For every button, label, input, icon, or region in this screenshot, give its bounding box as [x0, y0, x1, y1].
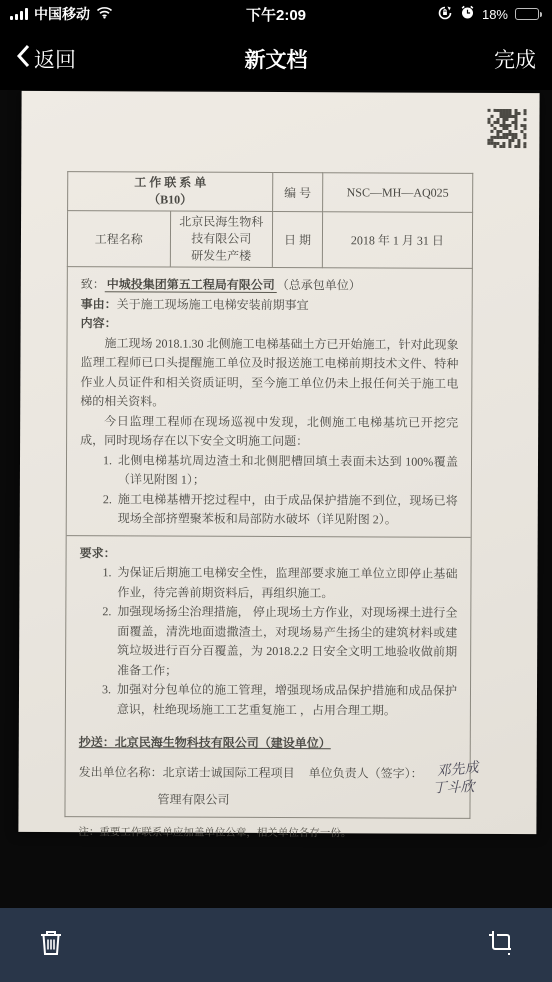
requirements-section: 要求： 1. 为保证后期施工电梯安全性，监理部要求施工单位立即停止基础作业，待完… [65, 535, 470, 818]
list-item: 3. 加强对分包单位的施工管理，增强现场成品保护措施和成品保护意识，杜绝现场施工… [95, 680, 457, 721]
delete-button[interactable] [34, 928, 68, 962]
scan-preview-area[interactable]: 工 作 联 系 单 （B10） 编 号 NSC—MH—AQ025 工程名称 北京… [0, 90, 552, 908]
crop-icon [487, 929, 515, 962]
content-label: 内容： [81, 314, 459, 335]
form-title-cell: 工 作 联 系 单 （B10） [68, 172, 273, 212]
list-item: 2. 加强现场扬尘治理措施， 停止现场土方作业，对现场裸土进行全面覆盖，清洗地面… [95, 602, 457, 682]
date-value: 2018 年 1 月 31 日 [322, 212, 472, 269]
project-value: 北京民海生物科技有限公司 研发生产楼 [170, 211, 273, 267]
signal-strength-icon [10, 8, 28, 20]
page-title: 新文档 [0, 44, 552, 74]
requirements-label: 要求： [80, 544, 458, 565]
table-row: 工程名称 北京民海生物科技有限公司 研发生产楼 日 期 2018 年 1 月 3… [67, 211, 472, 269]
orientation-lock-icon [437, 5, 453, 24]
content-paragraph-1: 施工现场 2018.1.30 北侧施工电梯基础土方已开始施工，针对此现象监理工程… [80, 334, 458, 414]
signer-label: 单位负责人（签字）： [308, 764, 422, 811]
done-button[interactable]: 完成 [494, 44, 536, 74]
wifi-icon [96, 6, 113, 22]
footnote: 注：重要工作联系单应加盖单位公章，相关单位各存一份。 [78, 824, 470, 841]
no-value: NSC—MH—AQ025 [323, 173, 473, 213]
form-subtitle: （B10） [71, 191, 269, 209]
addressee-line: 致：中城投集团第五工程局有限公司（总承包单位） [81, 275, 459, 296]
back-chevron-icon [16, 44, 30, 74]
subject-line: 事由：关于施工现场施工电梯安装前期事宜 [81, 295, 459, 316]
addressee-name: 中城投集团第五工程局有限公司 [105, 277, 277, 293]
content-section: 致：中城投集团第五工程局有限公司（总承包单位） 事由：关于施工现场施工电梯安装前… [67, 267, 472, 536]
app-screen: 中国移动 下午2:09 [0, 0, 552, 982]
no-label: 编 号 [273, 172, 323, 211]
cc-line: 抄送：北京民海生物科技有限公司（建设单位） [79, 733, 457, 754]
issuer-name: 发出单位名称：北京诺士诚国际工程项目 管理有限公司 [78, 763, 308, 811]
scanned-document: 工 作 联 系 单 （B10） 编 号 NSC—MH—AQ025 工程名称 北京… [18, 91, 539, 834]
list-item: 1. 为保证后期施工电梯安全性，监理部要求施工单位立即停止基础作业，待完善前期资… [95, 563, 457, 604]
bottom-toolbar [0, 908, 552, 982]
issues-list: 1. 北侧电梯基坑周边渣土和北侧肥槽回填土表面未达到 100%覆盖（详见附图 1… [96, 451, 458, 531]
alarm-clock-icon [460, 5, 475, 23]
form-title: 工 作 联 系 单 [71, 174, 269, 192]
date-label: 日 期 [272, 211, 322, 267]
crop-button[interactable] [484, 928, 518, 962]
battery-percent-label: 18% [482, 7, 508, 22]
signature-area: 邓先成 丁斗欣 [422, 764, 456, 811]
table-row: 工 作 联 系 单 （B10） 编 号 NSC—MH—AQ025 [68, 172, 473, 213]
form-body: 致：中城投集团第五工程局有限公司（总承包单位） 事由：关于施工现场施工电梯安装前… [64, 267, 472, 818]
back-button-label: 返回 [34, 44, 76, 74]
issuer-row: 发出单位名称：北京诺士诚国际工程项目 管理有限公司 单位负责人（签字）： 邓先成… [78, 763, 456, 812]
status-bar: 中国移动 下午2:09 [0, 0, 552, 28]
form-header-table: 工 作 联 系 单 （B10） 编 号 NSC—MH—AQ025 工程名称 北京… [67, 171, 473, 269]
list-item: 1. 北侧电梯基坑周边渣土和北侧肥槽回填土表面未达到 100%覆盖（详见附图 1… [96, 451, 458, 492]
content-paragraph-2: 今日监理工程师在现场巡视中发现，北侧施工电梯基坑已开挖完成，同时现场存在以下安全… [80, 412, 458, 453]
back-button[interactable]: 返回 [16, 44, 76, 74]
list-item: 2. 施工电梯基槽开挖过程中，由于成品保护措施不到位，现场已将现场全部挤塑聚苯板… [96, 490, 458, 531]
signature-2: 丁斗欣 [432, 778, 475, 799]
battery-icon [515, 8, 542, 20]
carrier-label: 中国移动 [34, 4, 90, 24]
project-label: 工程名称 [67, 211, 170, 267]
trash-icon [37, 928, 65, 963]
qr-code [487, 109, 527, 149]
requirements-list: 1. 为保证后期施工电梯安全性，监理部要求施工单位立即停止基础作业，待完善前期资… [95, 563, 458, 721]
navigation-bar: 返回 新文档 完成 [0, 28, 552, 90]
